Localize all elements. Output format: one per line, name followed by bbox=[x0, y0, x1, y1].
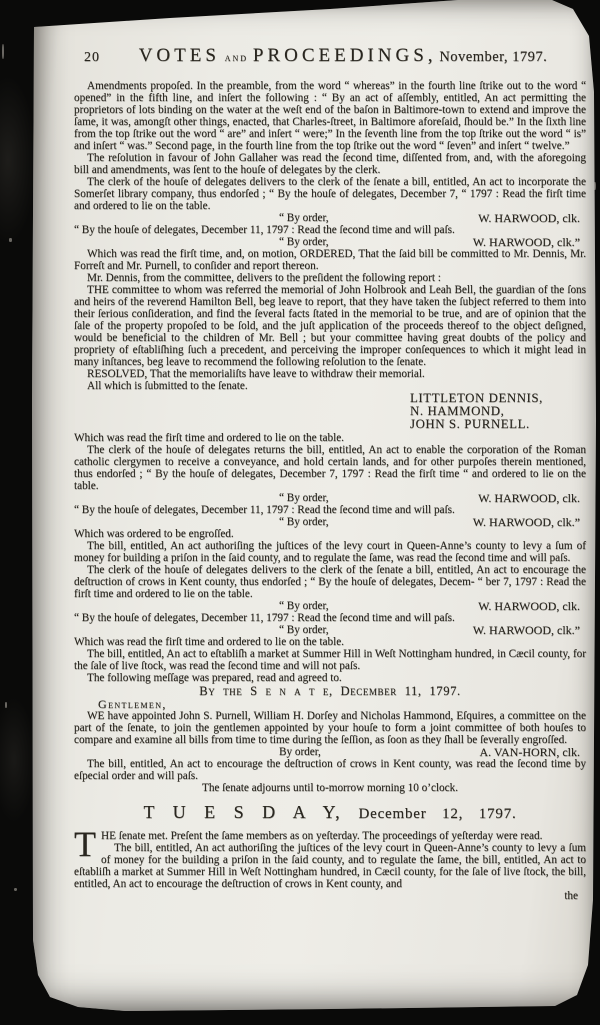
by-order-line: By order, A. VAN-HORN, clk. bbox=[74, 746, 586, 758]
by-order-label: “ By order, bbox=[279, 212, 329, 224]
clerk-signature: W. HARWOOD, clk.” bbox=[473, 624, 580, 636]
paragraph-gallaher-resolution: The reſolution in favour of John Gallahe… bbox=[74, 152, 586, 176]
signature-block: LITTLETON DENNIS, N. HAMMOND, JOHN S. PU… bbox=[410, 392, 586, 432]
signature-line: JOHN S. PURNELL. bbox=[410, 418, 586, 431]
scan-backdrop: 20 VOTES and PROCEEDINGS, November, 1797… bbox=[0, 0, 600, 1025]
paragraph-read-first-time: Which was read the firſt time and ordere… bbox=[74, 636, 586, 648]
by-order-line: “ By order, W. HARWOOD, clk. bbox=[74, 212, 586, 224]
paragraph-somerset-library-bill: The clerk of the houſe of delegates deli… bbox=[74, 176, 586, 212]
paragraph-committee-report: THE committee to whom was referred the m… bbox=[74, 284, 586, 368]
paragraph-joint-committee: WE have appointed John S. Purnell, Willi… bbox=[74, 710, 586, 746]
by-order-line: “ By order, W. HARWOOD, clk.” bbox=[74, 624, 586, 636]
paragraph-bill-committed: Which was read the firſt time, and, on m… bbox=[74, 248, 586, 272]
paragraph-summer-hill-bill: The bill, entitled, An act to eſtabliſh … bbox=[74, 648, 586, 672]
paragraph-dennis-delivers-report: Mr. Dennis, from the committee, delivers… bbox=[74, 272, 586, 284]
scan-noise bbox=[5, 702, 7, 708]
page-number: 20 bbox=[84, 52, 100, 64]
catchword: the bbox=[74, 890, 578, 902]
paragraph-delegates-endorsement: “ By the houſe of delegates, December 11… bbox=[74, 612, 586, 624]
by-order-line: “ By order, W. HARWOOD, clk.” bbox=[74, 516, 586, 528]
scan-noise bbox=[9, 238, 12, 242]
clerk-signature: W. HARWOOD, clk. bbox=[478, 212, 580, 224]
by-order-label: “ By order, bbox=[279, 516, 329, 528]
paragraph-message-prepared: The following meſſage was prepared, read… bbox=[74, 672, 586, 684]
by-order-line: “ By order, W. HARWOOD, clk.” bbox=[74, 236, 586, 248]
paragraph-amendments: Amendments propoſed. In the preamble, fr… bbox=[74, 80, 586, 152]
clerk-signature: W. HARWOOD, clk. bbox=[478, 600, 580, 612]
by-order-label: “ By order, bbox=[279, 624, 329, 636]
paragraph-resolved: RESOLVED, That the memorialiſts have lea… bbox=[74, 368, 586, 380]
paragraph-tuesday-bills: The bill, entitled, An act authoriſing t… bbox=[74, 842, 586, 890]
salutation-gentlemen: Gentlemen, bbox=[74, 698, 586, 710]
paragraph-crows-especial-order: The bill, entitled, An act to encourage … bbox=[74, 758, 586, 782]
title-and: and bbox=[225, 52, 248, 64]
paragraph-levy-court-bill: The bill, entitled, An act authoriſing t… bbox=[74, 540, 586, 564]
by-order-label: “ By order, bbox=[279, 492, 329, 504]
by-order-line: “ By order, W. HARWOOD, clk. bbox=[74, 600, 586, 612]
day-heading-day: T U E S D A Y, bbox=[143, 802, 341, 822]
paragraph-delegates-endorsement: “ By the houſe of delegates, December 11… bbox=[74, 504, 586, 516]
page-header: 20 VOTES and PROCEEDINGS, November, 1797… bbox=[74, 50, 586, 64]
running-title: VOTES and PROCEEDINGS, November, 1797. bbox=[100, 50, 586, 64]
paragraph-roman-catholic-bill: The clerk of the houſe of delegates retu… bbox=[74, 444, 586, 492]
scanned-page: 20 VOTES and PROCEEDINGS, November, 1797… bbox=[30, 0, 598, 1013]
by-order-label: “ By order, bbox=[279, 236, 329, 248]
title-proceedings: PROCEEDINGS, bbox=[253, 45, 437, 66]
paragraph-read-first-time: Which was read the firſt time and ordere… bbox=[74, 432, 586, 444]
section-heading-by-the-senate: By the S e n a t e, December 11, 1797. bbox=[74, 685, 586, 697]
clerk-signature: W. HARWOOD, clk.” bbox=[473, 236, 580, 248]
by-order-label: “ By order, bbox=[279, 600, 329, 612]
paragraph-senate-met: T HE ſenate met. Preſent the ſame member… bbox=[74, 830, 586, 842]
clerk-signature: A. VAN-HORN, clk. bbox=[479, 746, 580, 758]
paragraph-senate-adjourns: The ſenate adjourns until to-morrow morn… bbox=[74, 782, 586, 794]
day-heading-tuesday: T U E S D A Y, December 12, 1797. bbox=[74, 806, 586, 821]
paragraph-ordered-engrossed: Which was ordered to be engroſſed. bbox=[74, 528, 586, 540]
title-votes: VOTES bbox=[139, 45, 220, 66]
paragraph-crows-bill: The clerk of the houſe of delegates deli… bbox=[74, 564, 586, 600]
paragraph-senate-met-text: HE ſenate met. Preſent the ſame members … bbox=[101, 830, 542, 842]
drop-cap: T bbox=[74, 830, 101, 857]
scan-noise bbox=[2, 44, 4, 59]
clerk-signature: W. HARWOOD, clk.” bbox=[473, 516, 580, 528]
by-order-line: “ By order, W. HARWOOD, clk. bbox=[74, 492, 586, 504]
title-date: November, 1797. bbox=[439, 49, 547, 65]
scan-noise bbox=[14, 888, 17, 891]
day-heading-date: December 12, 1797. bbox=[358, 806, 516, 822]
by-order-label: By order, bbox=[279, 746, 321, 758]
page-text-column: 20 VOTES and PROCEEDINGS, November, 1797… bbox=[74, 50, 586, 902]
clerk-signature: W. HARWOOD, clk. bbox=[478, 492, 580, 504]
